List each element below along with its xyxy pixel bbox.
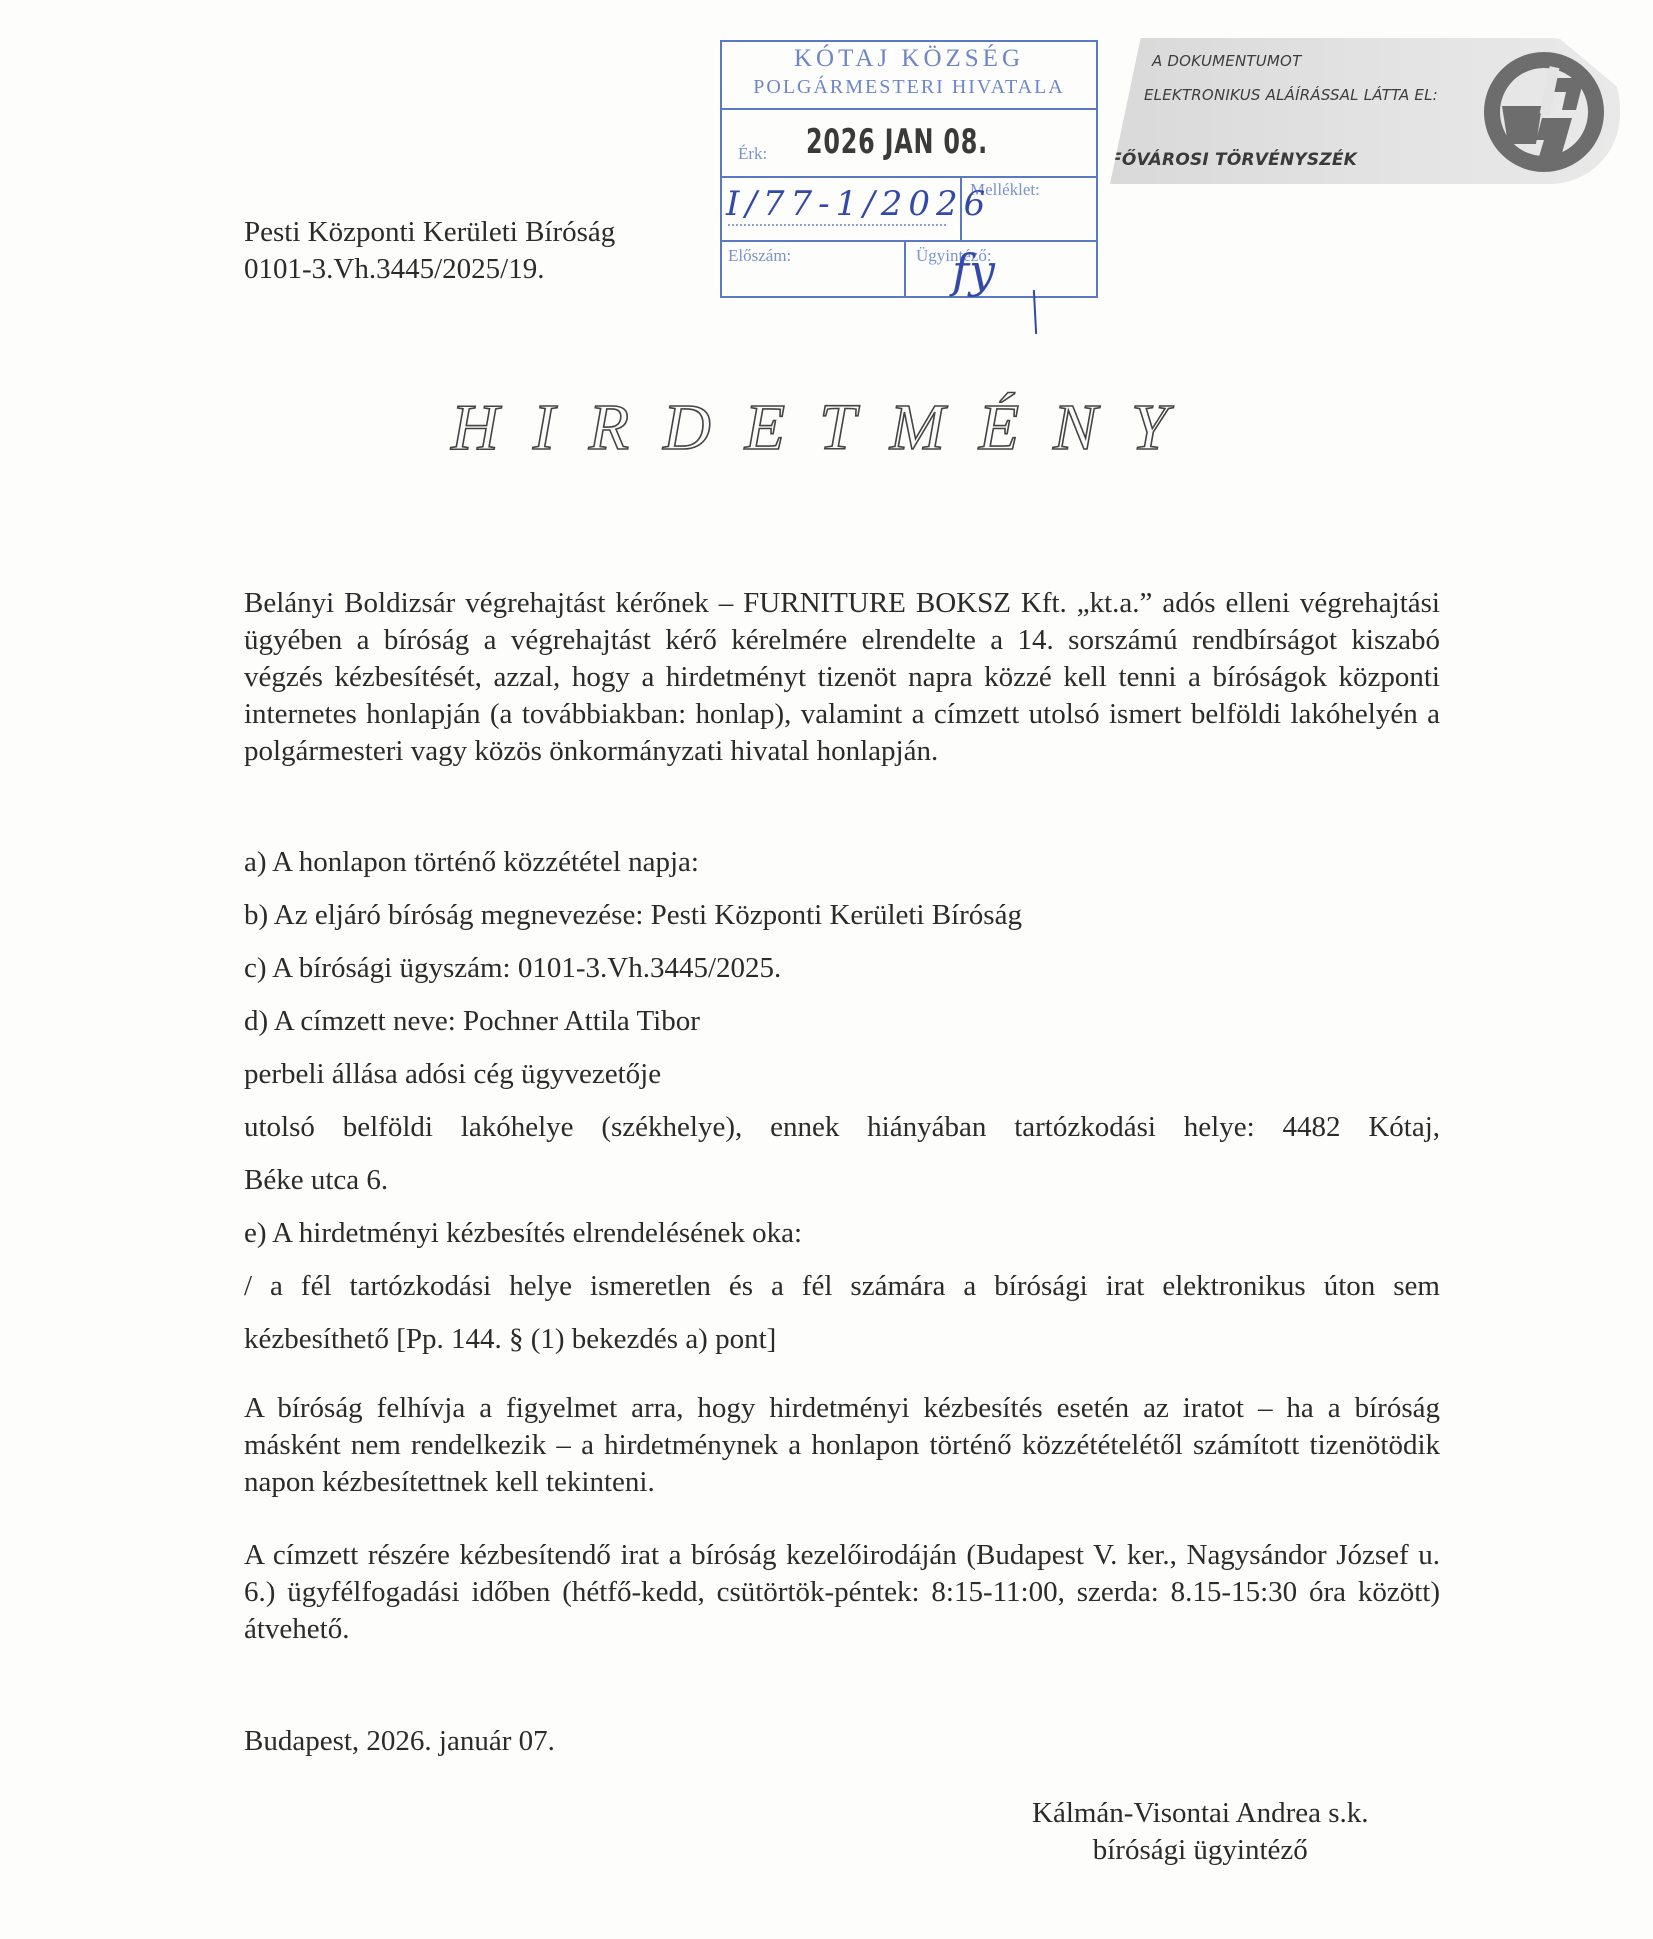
notice-section: A bíróság felhívja a figyelmet arra, hog… bbox=[244, 1390, 1440, 1501]
signature-block: Kálmán-Visontai Andrea s.k. bírósági ügy… bbox=[1032, 1795, 1369, 1869]
stamp-filing-row: Melléklet: I/77-1/2026 bbox=[722, 178, 1096, 242]
received-label: Érk: bbox=[738, 144, 767, 164]
item-c: c) A bírósági ügyszám: 0101-3.Vh.3445/20… bbox=[244, 950, 1440, 987]
item-e-reason-line2: kézbesíthető [Pp. 144. § (1) bekezdés a)… bbox=[244, 1321, 1440, 1358]
court-emblem-icon bbox=[1480, 48, 1608, 176]
stamp-authority-line1: KÓTAJ KÖZSÉG bbox=[722, 44, 1096, 74]
esign-badge: A DOKUMENTUMOT ELEKTRONIKUS ALÁÍRÁSSAL L… bbox=[1110, 38, 1620, 184]
notice-items: a) A honlapon történő közzététel napja: … bbox=[244, 844, 1440, 1358]
item-b: b) Az eljáró bíróság megnevezése: Pesti … bbox=[244, 897, 1440, 934]
place-and-date: Budapest, 2026. január 07. bbox=[244, 1725, 555, 1758]
received-date: 2026 JAN 08. bbox=[806, 122, 988, 162]
stamp-received-row: Érk: 2026 JAN 08. bbox=[722, 110, 1096, 178]
item-d-address-line2: Béke utca 6. bbox=[244, 1162, 1440, 1199]
esign-line2: ELEKTRONIKUS ALÁÍRÁSSAL LÁTTA EL: bbox=[1144, 86, 1438, 104]
signer-name: Kálmán-Visontai Andrea s.k. bbox=[1032, 1795, 1369, 1832]
esign-line1: A DOKUMENTUMOT bbox=[1152, 52, 1301, 70]
received-stamp: KÓTAJ KÖZSÉG POLGÁRMESTERI HIVATALA Érk:… bbox=[720, 40, 1098, 298]
pickup-section: A címzett részére kézbesítendő irat a bí… bbox=[244, 1537, 1440, 1648]
stamp-clerk-row: Előszám: Ügyintéző: fy bbox=[722, 242, 1096, 296]
item-e-reason-line1: / a fél tartózkodási helye ismeretlen és… bbox=[244, 1268, 1440, 1305]
court-header: Pesti Központi Kerületi Bíróság 0101-3.V… bbox=[244, 214, 615, 288]
pickup-paragraph: A címzett részére kézbesítendő irat a bí… bbox=[244, 1537, 1440, 1648]
court-name: Pesti Központi Kerületi Bíróság bbox=[244, 214, 615, 251]
intro-paragraph: Belányi Boldizsár végrehajtást kérőnek –… bbox=[244, 585, 1440, 770]
notice-paragraph: A bíróság felhívja a figyelmet arra, hog… bbox=[244, 1390, 1440, 1501]
stamp-authority: KÓTAJ KÖZSÉG POLGÁRMESTERI HIVATALA bbox=[722, 42, 1096, 110]
item-e: e) A hirdetményi kézbesítés elrendelésén… bbox=[244, 1215, 1440, 1252]
handwritten-initials: fy bbox=[952, 244, 995, 298]
intro-section: Belányi Boldizsár végrehajtást kérőnek –… bbox=[244, 585, 1440, 770]
prior-number-label: Előszám: bbox=[728, 246, 791, 266]
signer-title: bírósági ügyintéző bbox=[1032, 1832, 1369, 1869]
case-reference: 0101-3.Vh.3445/2025/19. bbox=[244, 251, 615, 288]
document-title: HIRDETMÉNY bbox=[0, 390, 1653, 466]
item-d: d) A címzett neve: Pochner Attila Tibor bbox=[244, 1003, 1440, 1040]
handwritten-filing-number: I/77-1/2026 bbox=[726, 184, 991, 224]
stamp-authority-line2: POLGÁRMESTERI HIVATALA bbox=[722, 74, 1096, 100]
item-a: a) A honlapon történő közzététel napja: bbox=[244, 844, 1440, 881]
esign-signer: FŐVÁROSI TÖRVÉNYSZÉK bbox=[1110, 150, 1357, 170]
item-d-address-line1: utolsó belföldi lakóhelye (székhelye), e… bbox=[244, 1109, 1440, 1146]
item-d-role: perbeli állása adósi cég ügyvezetője bbox=[244, 1056, 1440, 1093]
